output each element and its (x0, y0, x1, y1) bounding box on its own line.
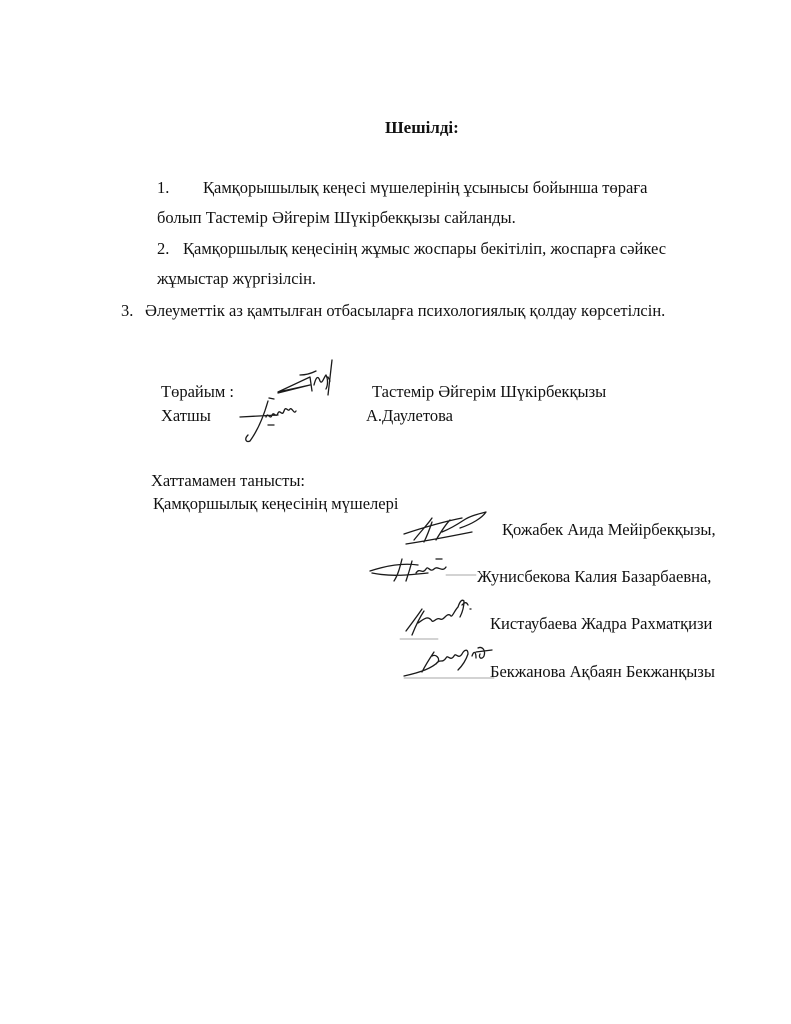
decision-text-line1: Қамқоршылық кеңесінің жұмыс жоспары бекі… (183, 239, 666, 259)
chair-role-label: Төрайым : (161, 382, 234, 402)
decision-number: 1. (157, 178, 169, 198)
member-name: Бекжанова Ақбаян Бекжанқызы (490, 662, 715, 682)
acknowledgement-subtitle: Қамқоршылық кеңесінің мүшелері (153, 494, 398, 514)
member-name: Жунисбекова Калия Базарбаевна, (477, 567, 711, 587)
decision-text-line2: жұмыстар жүргізілсін. (157, 269, 316, 289)
acknowledgement-title: Хаттамамен танысты: (151, 471, 305, 491)
member-name: Кистаубаева Жадра Рахматқизи (490, 614, 712, 634)
decision-text-line2: болып Тастемір Әйгерім Шүкірбекқызы сайл… (157, 208, 516, 228)
member-signature-icon (402, 642, 502, 682)
secretary-signature-icon (238, 395, 308, 445)
decision-text-line1: Қамқорышылық кеңесі мүшелерінің ұсынысы … (203, 178, 647, 198)
secretary-role-label: Хатшы (161, 406, 211, 426)
secretary-name: А.Даулетова (366, 406, 453, 426)
decision-text-line1: Әлеуметтік аз қамтылған отбасыларға псих… (145, 301, 665, 321)
chair-signature-icon (270, 355, 340, 400)
decision-number: 2. (157, 239, 169, 259)
member-name: Қожабек Аида Мейірбекқызы, (502, 520, 716, 540)
member-signature-icon (398, 595, 478, 640)
decision-heading: Шешілді: (385, 118, 459, 138)
member-signature-icon (402, 510, 492, 550)
member-signature-icon (368, 555, 478, 585)
decision-number: 3. (121, 301, 133, 321)
chair-name: Тастемір Әйгерім Шүкірбекқызы (372, 382, 606, 402)
